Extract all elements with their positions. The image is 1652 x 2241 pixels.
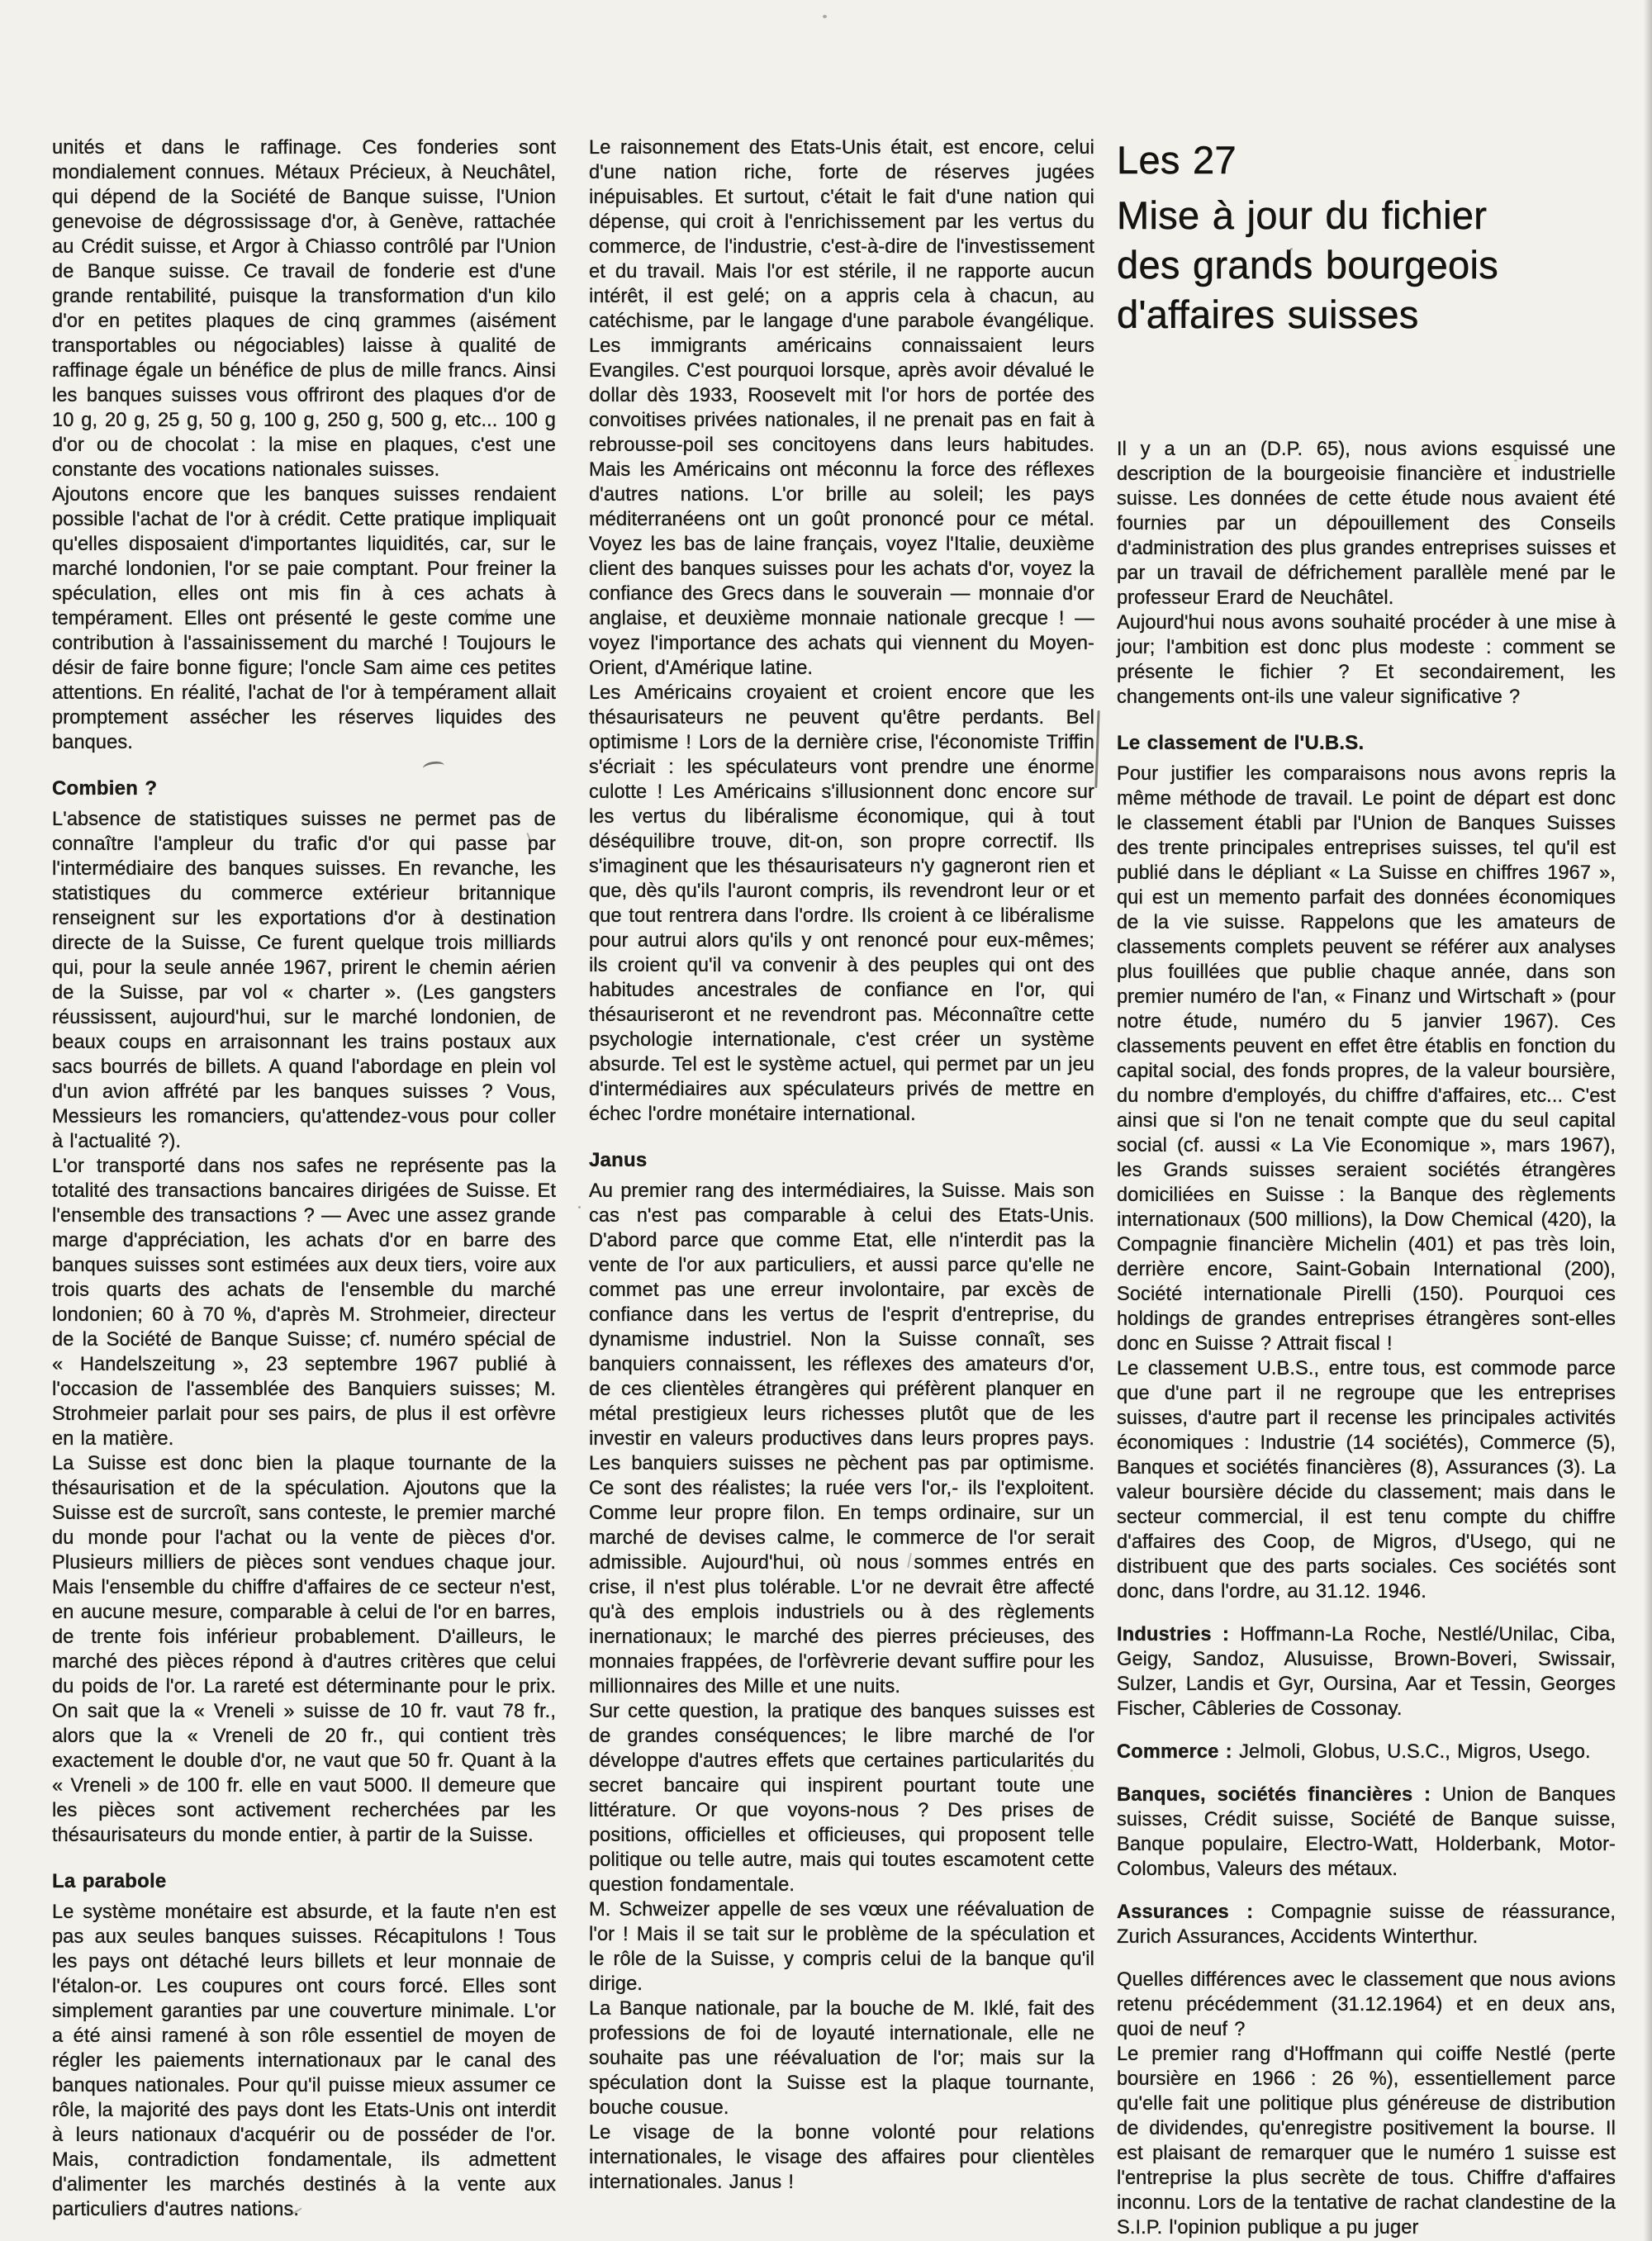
paragraph: Industries : Hoffmann-La Roche, Nestlé/U…: [1117, 1622, 1616, 1721]
paragraph: Les Américains croyaient et croient enco…: [589, 681, 1094, 1127]
headline-line-1: Mise à jour du fichier: [1117, 191, 1616, 240]
headline-kicker: Les 27: [1117, 135, 1616, 185]
section-heading: La parabole: [52, 1869, 556, 1894]
headline-line-3: d'affaires suisses: [1117, 290, 1616, 339]
paragraph-lead: Commerce :: [1117, 1741, 1239, 1763]
paragraph: L'absence de statistiques suisses ne per…: [52, 807, 556, 1154]
paragraph: Assurances : Compagnie suisse de réassur…: [1117, 1900, 1616, 1949]
paragraph: L'or transporté dans nos safes ne représ…: [52, 1154, 556, 1451]
paragraph: Le visage de la bonne volonté pour relat…: [589, 2120, 1094, 2195]
paragraph: M. Schweizer appelle de ses vœux une réé…: [589, 1897, 1094, 1996]
scan-mark-vertical-line: [1094, 710, 1099, 788]
paragraph: Commerce : Jelmoli, Globus, U.S.C., Migr…: [1117, 1740, 1616, 1764]
magazine-page-scan: unités et dans le raffinage. Ces fonderi…: [0, 0, 1652, 2241]
paragraph: Le raisonnement des Etats-Unis était, es…: [589, 135, 1094, 681]
paragraph: Banques, sociétés financières : Union de…: [1117, 1783, 1616, 1882]
article-headline: Les 27 Mise à jour du fichier des grands…: [1117, 135, 1616, 339]
paragraph: Ajoutons encore que les banques suisses …: [52, 482, 556, 755]
paragraph: Il y a un an (D.P. 65), nous avions esqu…: [1117, 437, 1616, 610]
paragraph: La Suisse est donc bien la plaque tourna…: [52, 1451, 556, 1848]
paragraph: unités et dans le raffinage. Ces fonderi…: [52, 135, 556, 482]
scan-speck: [578, 1206, 581, 1208]
paragraph: Sur cette question, la pratique des banq…: [589, 1699, 1094, 1897]
paragraph: Aujourd'hui nous avons souhaité procéder…: [1117, 610, 1616, 710]
page-edge-shadow: [1644, 0, 1652, 2241]
paragraph: Le système monétaire est absurde, et la …: [52, 1900, 556, 2222]
column-left: unités et dans le raffinage. Ces fonderi…: [52, 135, 556, 2222]
section-heading: Janus: [589, 1148, 1094, 1173]
paragraph: Quelles différences avec le classement q…: [1117, 1968, 1616, 2042]
paragraph: Au premier rang des intermédiaires, la S…: [589, 1179, 1094, 1699]
section-heading: Le classement de l'U.B.S.: [1117, 731, 1616, 756]
paragraph: Le premier rang d'Hoffmann qui coiffe Ne…: [1117, 2042, 1616, 2240]
column-middle: Le raisonnement des Etats-Unis était, es…: [589, 135, 1094, 2195]
paragraph: La Banque nationale, par la bouche de M.…: [589, 1996, 1094, 2120]
paragraph: Pour justifier les comparaisons nous avo…: [1117, 762, 1616, 1356]
paragraph-lead: Assurances :: [1117, 1902, 1271, 1923]
paragraph-lead: Banques, sociétés financières :: [1117, 1784, 1442, 1806]
paragraph-lead: Industries :: [1117, 1624, 1240, 1645]
section-heading: Combien ?: [52, 776, 556, 801]
scan-speck: [823, 15, 827, 18]
column-right: Les 27 Mise à jour du fichier des grands…: [1117, 135, 1616, 2240]
paragraph: Le classement U.B.S., entre tous, est co…: [1117, 1356, 1616, 1604]
headline-line-2: des grands bourgeois: [1117, 240, 1616, 290]
column-right-body: Il y a un an (D.P. 65), nous avions esqu…: [1117, 437, 1616, 2240]
